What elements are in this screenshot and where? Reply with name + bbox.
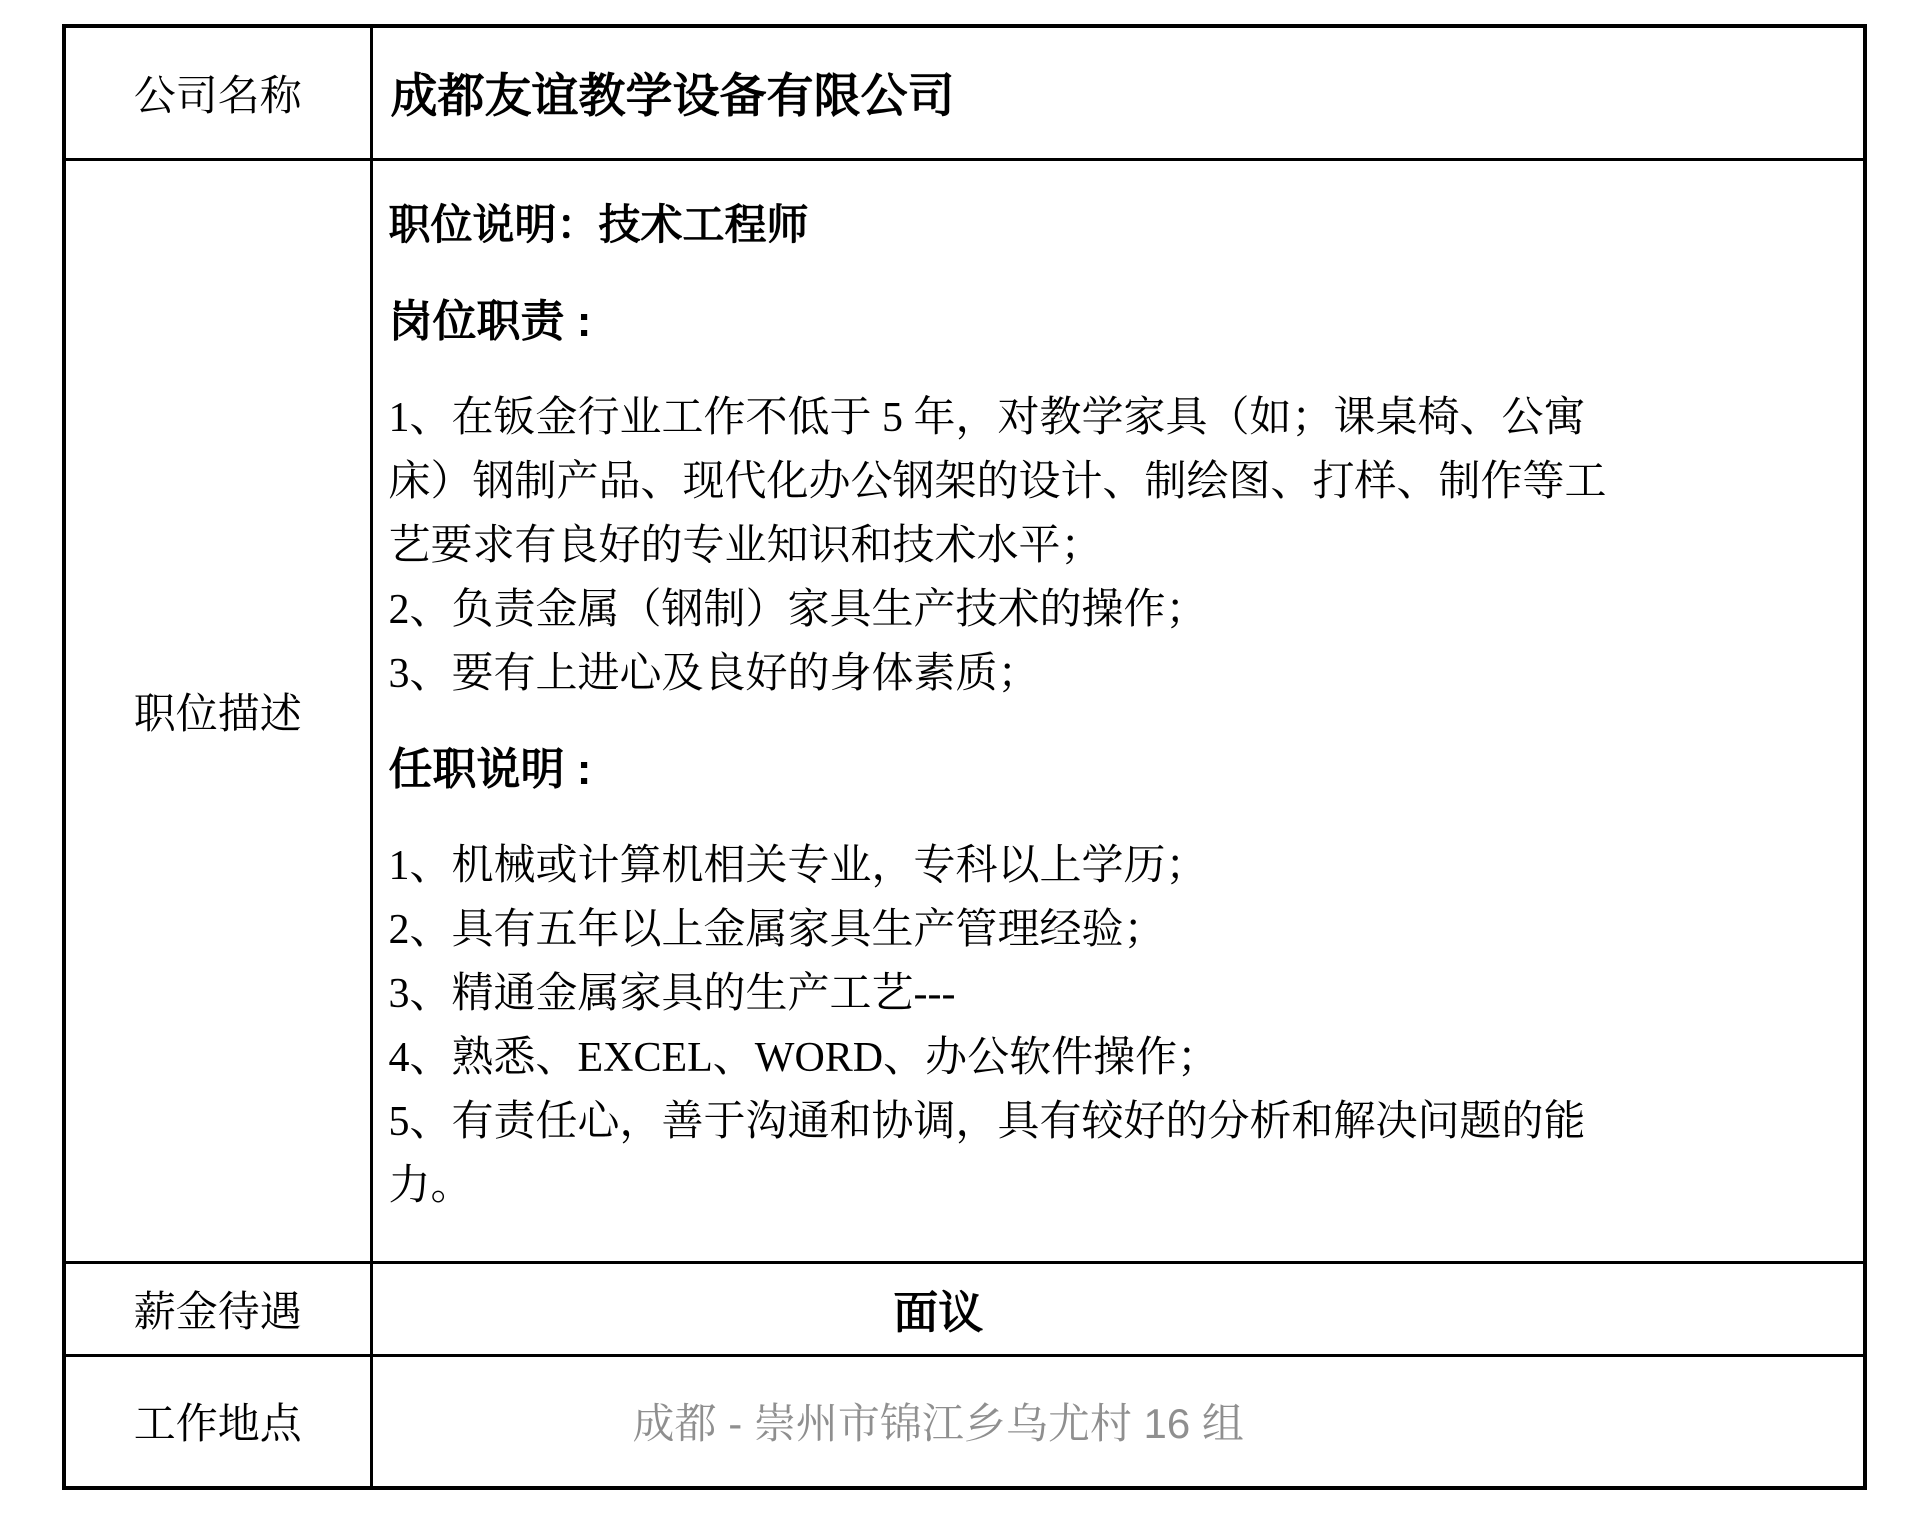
duties-line-3: 艺要求有良好的专业知识和技术水平； bbox=[389, 514, 1846, 578]
company-name-label: 公司名称 bbox=[64, 26, 371, 159]
duties-heading: 岗位职责 : bbox=[389, 290, 1846, 354]
duties-line-2: 床）钢制产品、现代化办公钢架的设计、制绘图、打样、制作等工 bbox=[389, 450, 1846, 514]
table-row-location: 工作地点 成都 - 崇州市锦江乡乌尤村 16 组 bbox=[64, 1355, 1865, 1488]
qualifications-line-5: 5、有责任心，善于沟通和协调，具有较好的分析和解决问题的能 bbox=[389, 1090, 1846, 1154]
job-posting-page: 公司名称 成都友谊教学设备有限公司 职位描述 职位说明：技术工程师 岗位职责 :… bbox=[0, 0, 1905, 1540]
salary-value: 面议 bbox=[371, 1262, 1865, 1355]
qualifications-heading: 任职说明 : bbox=[389, 738, 1846, 802]
job-description-label: 职位描述 bbox=[64, 159, 371, 1262]
job-description-value: 职位说明：技术工程师 岗位职责 : 1、在钣金行业工作不低于 5 年，对教学家具… bbox=[371, 159, 1865, 1262]
company-name-value: 成都友谊教学设备有限公司 bbox=[371, 26, 1865, 159]
qualifications-line-4: 4、熟悉、EXCEL、WORD、办公软件操作； bbox=[389, 1026, 1846, 1090]
qualifications-line-3: 3、精通金属家具的生产工艺--- bbox=[389, 962, 1846, 1026]
duties-line-5: 3、要有上进心及良好的身体素质； bbox=[389, 642, 1846, 706]
job-title-line: 职位说明：技术工程师 bbox=[389, 194, 1846, 258]
qualifications-line-1: 1、机械或计算机相关专业，专科以上学历； bbox=[389, 834, 1846, 898]
work-location-value: 成都 - 崇州市锦江乡乌尤村 16 组 bbox=[371, 1355, 1865, 1488]
salary-label: 薪金待遇 bbox=[64, 1262, 371, 1355]
duties-line-1: 1、在钣金行业工作不低于 5 年，对教学家具（如；课桌椅、公寓 bbox=[389, 386, 1846, 450]
work-location-label: 工作地点 bbox=[64, 1355, 371, 1488]
qualifications-line-2: 2、具有五年以上金属家具生产管理经验； bbox=[389, 898, 1846, 962]
job-posting-table: 公司名称 成都友谊教学设备有限公司 职位描述 职位说明：技术工程师 岗位职责 :… bbox=[62, 24, 1867, 1490]
table-row-salary: 薪金待遇 面议 bbox=[64, 1262, 1865, 1355]
table-row-description: 职位描述 职位说明：技术工程师 岗位职责 : 1、在钣金行业工作不低于 5 年，… bbox=[64, 159, 1865, 1262]
duties-line-4: 2、负责金属（钢制）家具生产技术的操作； bbox=[389, 578, 1846, 642]
table-row-company: 公司名称 成都友谊教学设备有限公司 bbox=[64, 26, 1865, 159]
qualifications-line-6: 力。 bbox=[389, 1154, 1846, 1218]
